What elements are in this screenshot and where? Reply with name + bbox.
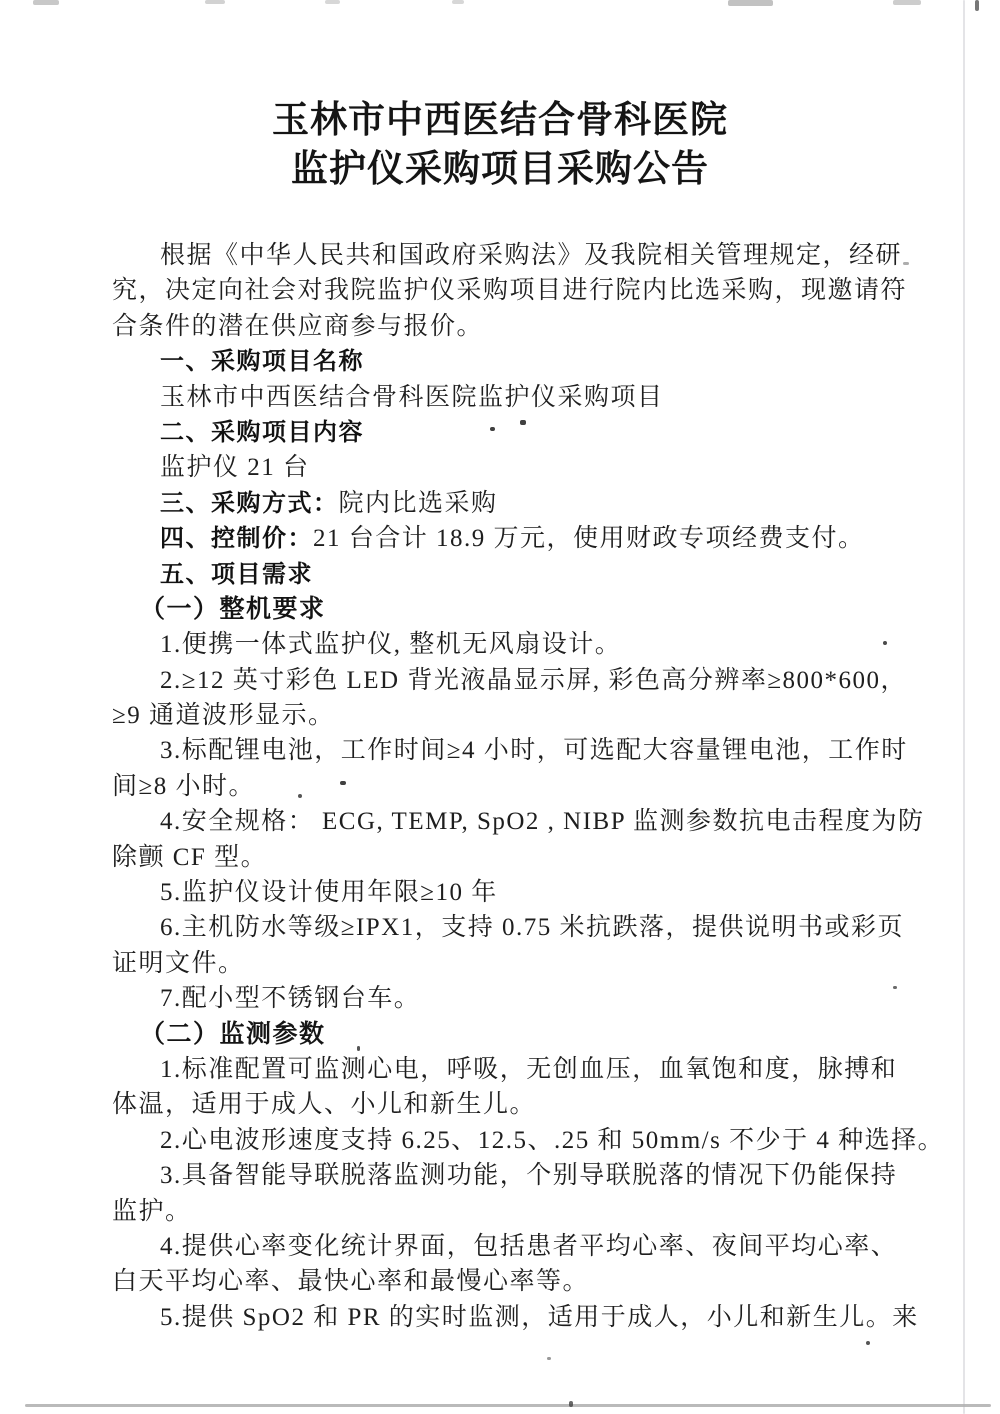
text-line: ≥9 通道波形显示。 xyxy=(112,698,922,733)
text-line: 四、控制价：21 台合计 18.9 万元，使用财政专项经费支付。 xyxy=(112,521,922,556)
text-line: 白天平均心率、最快心率和最慢心率等。 xyxy=(112,1264,922,1299)
line-text: （二）监测参数 xyxy=(140,1021,326,1048)
text-line: 2.心电波形速度支持 6.25、12.5、.25 和 50mm/s 不少于 4 … xyxy=(112,1123,922,1158)
line-text: 1.标准配置可监测心电，呼吸，无创血压，血氧饱和度，脉搏和 xyxy=(160,1056,897,1083)
scan-speck xyxy=(452,0,464,4)
scan-speck xyxy=(569,1401,573,1407)
line-text: 根据《中华人民共和国政府采购法》及我院相关管理规定，经研 xyxy=(160,242,902,269)
line-text: 4.提供心率变化统计界面，包括患者平均心率、夜间平均心率、 xyxy=(160,1233,897,1260)
text-line: 根据《中华人民共和国政府采购法》及我院相关管理规定，经研 xyxy=(112,238,922,273)
scan-speck xyxy=(975,0,979,11)
line-text: 玉林市中西医结合骨科医院监护仪采购项目 xyxy=(160,384,664,411)
line-text: 3.标配锂电池，工作时间≥4 小时，可选配大容量锂电池，工作时 xyxy=(160,737,908,764)
text-line: 体温，适用于成人、小儿和新生儿。 xyxy=(112,1087,922,1122)
line-text: 间≥8 小时。 xyxy=(112,773,255,800)
line-text: 4.安全规格： ECG, TEMP, SpO2 , NIBP 监测参数抗电击程度… xyxy=(160,808,924,835)
line-text: （一）整机要求 xyxy=(140,596,326,623)
line-text: 监护。 xyxy=(112,1198,192,1225)
text-line: 监护。 xyxy=(112,1194,922,1229)
line-text: 院内比选采购 xyxy=(339,490,498,517)
document-body: 根据《中华人民共和国政府采购法》及我院相关管理规定，经研究，决定向社会对我院监护… xyxy=(112,238,922,1335)
text-line: 究，决定向社会对我院监护仪采购项目进行院内比选采购，现邀请符 xyxy=(112,273,922,308)
line-text: 监护仪 21 台 xyxy=(160,454,310,481)
text-line: 3.标配锂电池，工作时间≥4 小时，可选配大容量锂电池，工作时 xyxy=(112,733,922,768)
line-text: 五、项目需求 xyxy=(160,561,313,588)
scan-speck xyxy=(357,1046,360,1051)
line-text: 白天平均心率、最快心率和最慢心率等。 xyxy=(112,1268,589,1295)
section-label: 三、采购方式： xyxy=(160,490,339,517)
line-text: 合条件的潜在供应商参与报价。 xyxy=(112,313,483,340)
text-line: 7.配小型不锈钢台车。 xyxy=(112,981,922,1016)
line-text: 一、采购项目名称 xyxy=(160,348,364,375)
text-line: 玉林市中西医结合骨科医院监护仪采购项目 xyxy=(112,380,922,415)
scan-speck xyxy=(205,0,225,4)
scan-speck xyxy=(883,641,887,645)
line-text: 二、采购项目内容 xyxy=(160,419,364,446)
text-line: 除颤 CF 型。 xyxy=(112,840,922,875)
scan-speck xyxy=(325,0,340,4)
scan-speck xyxy=(298,794,302,798)
text-line: 4.提供心率变化统计界面，包括患者平均心率、夜间平均心率、 xyxy=(112,1229,922,1264)
text-line: （二）监测参数 xyxy=(112,1017,922,1052)
title-line-1: 玉林市中西医结合骨科医院 xyxy=(0,96,1000,145)
text-line: 1.标准配置可监测心电，呼吸，无创血压，血氧饱和度，脉搏和 xyxy=(112,1052,922,1087)
line-text: 5.提供 SpO2 和 PR 的实时监测，适用于成人，小儿和新生儿。来 xyxy=(160,1304,919,1331)
text-line: 3.具备智能导联脱落监测功能，个别导联脱落的情况下仍能保持 xyxy=(112,1158,922,1193)
text-line: 合条件的潜在供应商参与报价。 xyxy=(112,309,922,344)
line-text: 21 台合计 18.9 万元，使用财政专项经费支付。 xyxy=(313,525,865,552)
text-line: 2.≥12 英寸彩色 LED 背光液晶显示屏, 彩色高分辨率≥800*600， xyxy=(112,663,922,698)
text-line: 1.便携一体式监护仪, 整机无风扇设计。 xyxy=(112,627,922,662)
text-line: 一、采购项目名称 xyxy=(112,344,922,379)
scan-speck xyxy=(33,0,59,5)
text-line: 4.安全规格： ECG, TEMP, SpO2 , NIBP 监测参数抗电击程度… xyxy=(112,804,922,839)
scan-speck xyxy=(866,1341,870,1345)
line-text: 体温，适用于成人、小儿和新生儿。 xyxy=(112,1091,536,1118)
scan-speck xyxy=(520,420,526,425)
line-text: 3.具备智能导联脱落监测功能，个别导联脱落的情况下仍能保持 xyxy=(160,1162,897,1189)
scan-speck xyxy=(490,427,495,431)
line-text: ≥9 通道波形显示。 xyxy=(112,702,334,729)
scan-speck xyxy=(903,262,909,265)
line-text: 7.配小型不锈钢台车。 xyxy=(160,985,420,1012)
document-title: 玉林市中西医结合骨科医院 监护仪采购项目采购公告 xyxy=(0,96,1000,194)
text-line: 五、项目需求 xyxy=(112,557,922,592)
line-text: 5.监护仪设计使用年限≥10 年 xyxy=(160,879,498,906)
text-line: 二、采购项目内容 xyxy=(112,415,922,450)
text-line: 5.监护仪设计使用年限≥10 年 xyxy=(112,875,922,910)
line-text: 2.≥12 英寸彩色 LED 背光液晶显示屏, 彩色高分辨率≥800*600， xyxy=(160,667,907,694)
scan-speck xyxy=(893,0,921,5)
scan-speck xyxy=(340,781,346,785)
text-line: （一）整机要求 xyxy=(112,592,922,627)
section-label: 四、控制价： xyxy=(160,525,313,552)
line-text: 究，决定向社会对我院监护仪采购项目进行院内比选采购，现邀请符 xyxy=(112,277,907,304)
text-line: 证明文件。 xyxy=(112,946,922,981)
line-text: 1.便携一体式监护仪, 整机无风扇设计。 xyxy=(160,631,621,658)
line-text: 2.心电波形速度支持 6.25、12.5、.25 和 50mm/s 不少于 4 … xyxy=(160,1127,944,1154)
line-text: 6.主机防水等级≥IPX1，支持 0.75 米抗跌落，提供说明书或彩页 xyxy=(160,914,904,941)
line-text: 证明文件。 xyxy=(112,950,245,977)
scan-speck xyxy=(25,1404,991,1407)
title-line-2: 监护仪采购项目采购公告 xyxy=(0,145,1000,194)
scan-speck xyxy=(728,0,773,6)
text-line: 三、采购方式：院内比选采购 xyxy=(112,486,922,521)
text-line: 监护仪 21 台 xyxy=(112,450,922,485)
text-line: 5.提供 SpO2 和 PR 的实时监测，适用于成人，小儿和新生儿。来 xyxy=(112,1300,922,1335)
text-line: 6.主机防水等级≥IPX1，支持 0.75 米抗跌落，提供说明书或彩页 xyxy=(112,910,922,945)
line-text: 除颤 CF 型。 xyxy=(112,844,267,871)
scan-speck xyxy=(963,0,965,1414)
scan-speck xyxy=(547,1357,551,1360)
scan-speck xyxy=(893,986,897,989)
document-page: 玉林市中西医结合骨科医院 监护仪采购项目采购公告 根据《中华人民共和国政府采购法… xyxy=(0,0,1000,1414)
text-line: 间≥8 小时。 xyxy=(112,769,922,804)
